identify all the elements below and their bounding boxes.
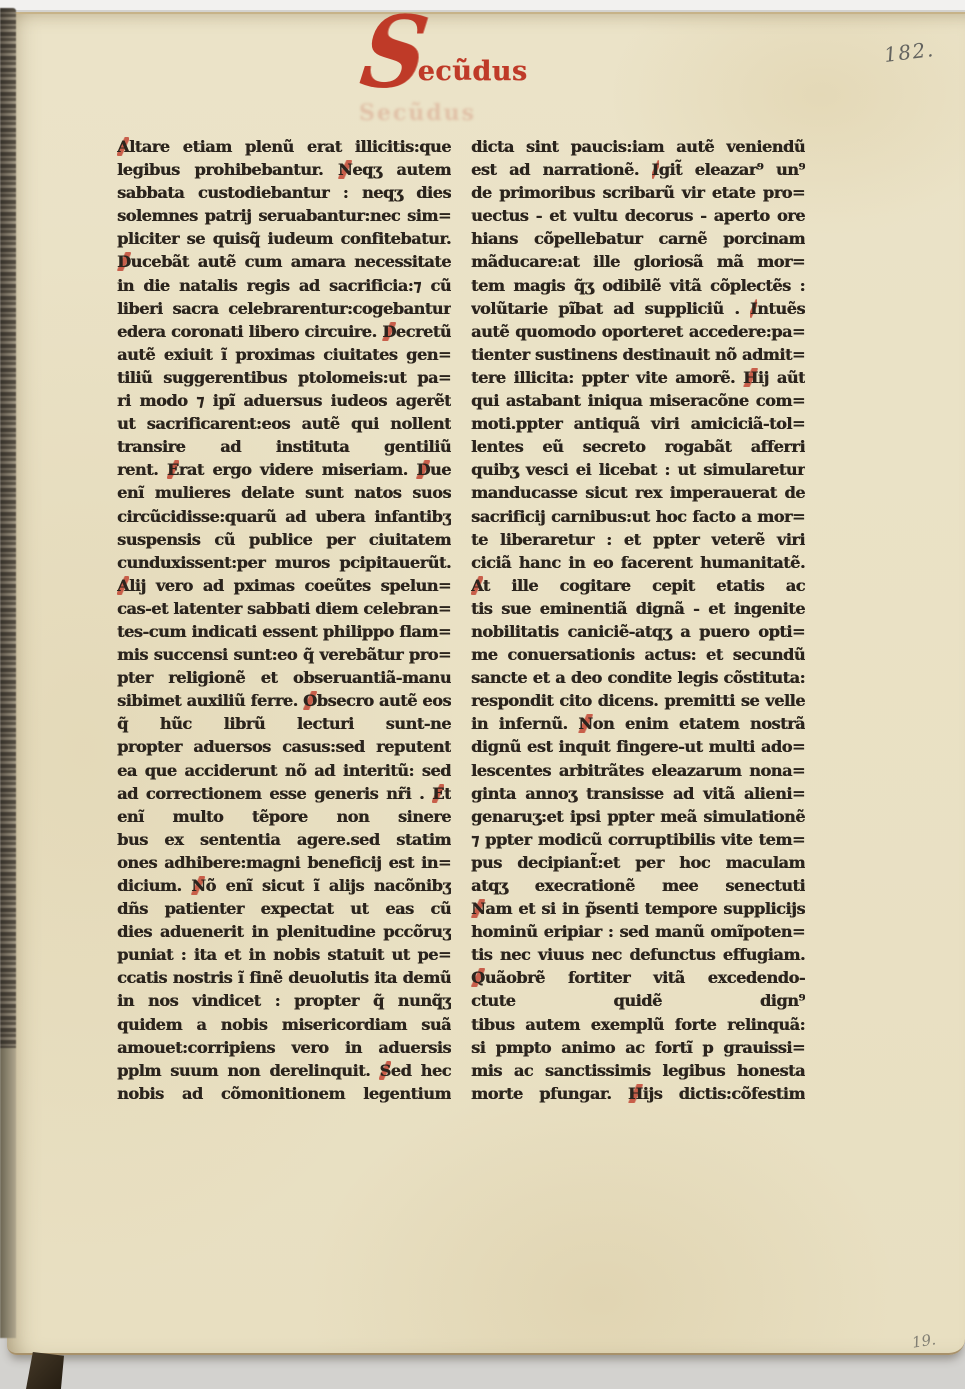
text-line: Ducebãt autẽ cum amara necessitate	[117, 250, 451, 273]
text-line: dies aduenerit in plenitudine pccõruʒ	[117, 920, 451, 943]
text-line: sacrificij carnibus:ut hoc facto a mor=	[471, 505, 805, 528]
text-line: atqʒ execrationẽ mee senectuti cõquirã.	[471, 874, 805, 897]
text-line: pus decipiant̃:et per hoc maculam	[471, 851, 805, 874]
text-line: puniat : ita et in nobis statuit ut pe=	[117, 943, 451, 966]
rubricated-initial: A	[471, 576, 483, 595]
text-line: dignũ est inquit fingere-ut multi ado=	[471, 735, 805, 758]
text-line: ⁊ ppter modicũ corruptibilis vite tem=	[471, 828, 805, 851]
text-line: sancte et a deo condite legis cõstituta:	[471, 666, 805, 689]
heading-text: ecũdus	[418, 56, 528, 87]
text-line: sabbata custodiebantur : neqʒ dies	[117, 181, 451, 204]
text-line: qui astabant iniqua miseracõne com=	[471, 389, 805, 412]
text-line: ri modo ⁊ ipĩ aduersus iudeos agerẽt	[117, 389, 451, 412]
text-line: hians cõpellebatur carnẽ porcinam	[471, 227, 805, 250]
text-line: in die natalis regis ad sacrificia:⁊ cũ	[117, 274, 451, 297]
rubricated-initial: D	[416, 460, 430, 479]
text-line: ut sacrificarent:eos autẽ qui nollent	[117, 412, 451, 435]
text-line: lentes eũ secreto rogabãt afferri carnes	[471, 435, 805, 458]
text-line: tes-cum indicati essent philippo flam=	[117, 620, 451, 643]
text-line: enĩ multo tẽpore non sinere peccatori=	[117, 805, 451, 828]
text-line: hominũ eripiar : sed manũ omĩpoten=	[471, 920, 805, 943]
text-line: mis succensi sunt:eo q̃ verebãtur pro=	[117, 643, 451, 666]
text-line: autẽ quomodo oporteret accedere:pa=	[471, 320, 805, 343]
rubricated-initial: N	[471, 899, 485, 918]
facing-page-edge	[0, 8, 16, 1338]
text-line: propter aduersos casus:sed reputent	[117, 735, 451, 758]
text-line: ad correctionem esse generis nr̃i . Et	[117, 782, 451, 805]
photograph-background: Secũdus Secũdus 182. Altare etiam plenũ …	[0, 0, 965, 1389]
rubricated-initial: S	[379, 1061, 390, 1080]
folio-number: 182.	[883, 37, 936, 67]
text-line: moti.ppter antiquã viri amiciciã-tol=	[471, 412, 805, 435]
rubricated-initial: E	[167, 460, 179, 479]
rubricated-initial: H	[628, 1084, 643, 1103]
rubricated-initial: O	[303, 691, 317, 710]
text-line: pplm suum non derelinquit. Sed hec	[117, 1059, 451, 1082]
text-line: ccatis nostris ĩ finẽ deuolutis ita demũ	[117, 966, 451, 989]
rubricated-initial: N	[338, 160, 352, 179]
text-line: Altare etiam plenũ erat illicitis:que	[117, 135, 451, 158]
text-line: nobilitatis caniciẽ-atqʒ a puero opti=	[471, 620, 805, 643]
text-line: sibimet auxiliũ ferre. Obsecro autẽ eos	[117, 689, 451, 712]
text-line: morte pfungar. Hijs dictis:cõfestim	[471, 1082, 805, 1105]
text-line: uectus - et vultu decorus - aperto ore	[471, 204, 805, 227]
text-line: tienter sustinens destinauit nõ admit=	[471, 343, 805, 366]
heading-showthrough: Secũdus	[359, 100, 476, 126]
text-line: dicium. Nõ enĩ sicut ĩ alijs nacõnibʒ	[117, 874, 451, 897]
rubricated-initial: I	[652, 160, 659, 179]
text-line: est ad narrationẽ. Igit̃ eleazar⁹ un⁹	[471, 158, 805, 181]
text-line: ctute quidẽ dign⁹ apparebo:adolescen=	[471, 989, 805, 1012]
text-line: amouet:corripiens vero in aduersis	[117, 1036, 451, 1059]
text-line: lescentes arbitrãtes eleazarum nona=	[471, 759, 805, 782]
text-line: ginta annoʒ transisse ad vitã alieni=	[471, 782, 805, 805]
text-line: q̃ hũc librũ lecturi sunt-ne abhorrescãt	[117, 712, 451, 735]
text-line: circũcidisse:quarũ ad ubera infantibʒ	[117, 505, 451, 528]
text-line: legibus prohibebantur. Neqʒ autem	[117, 158, 451, 181]
text-line: tere illicita: ppter vite amorẽ. Hij aũt	[471, 366, 805, 389]
text-line: dñs patienter expectat ut eas cũ iudicij	[117, 897, 451, 920]
text-line: quibʒ vesci ei licebat : ut simularetur	[471, 458, 805, 481]
rubricated-initial: A	[117, 137, 129, 156]
rubricated-initial: A	[117, 576, 129, 595]
rubricated-initial: N	[578, 714, 592, 733]
text-line: solemnes patrij seruabantur:nec sim=	[117, 204, 451, 227]
rubricated-initial: Q	[471, 968, 485, 987]
text-line: respondit cito dicens. premitti se velle	[471, 689, 805, 712]
text-line: me conuersationis actus: et secundũ	[471, 643, 805, 666]
text-line: dicta sint paucis:iam autẽ veniendũ	[471, 135, 805, 158]
text-line: ciciã hanc in eo facerent humanitatẽ.	[471, 551, 805, 574]
text-line: suspensis cũ publice per ciuitatem cir=	[117, 528, 451, 551]
text-line: genaruʒ:et ipsi ppter meã simulationẽ	[471, 805, 805, 828]
text-line: tis sue eminentiã dignã - et ingenite	[471, 597, 805, 620]
text-line: nobis ad cõmonitionem legentium	[117, 1082, 451, 1105]
text-line: autẽ exiuit ĩ proximas ciuitates gen=	[117, 343, 451, 366]
text-line: mis ac sanctissimis legibus honesta	[471, 1059, 805, 1082]
text-line: tis nec viuus nec defunctus effugiam.	[471, 943, 805, 966]
text-line: At ille cogitare cepit etatis ac senectu…	[471, 574, 805, 597]
text-line: manducasse sicut rex imperauerat de	[471, 481, 805, 504]
text-line: Quãobrẽ fortiter vitã excedendo- sene=	[471, 966, 805, 989]
rubricated-initial: D	[382, 322, 396, 341]
text-line: enĩ mulieres delate sunt natos suos	[117, 481, 451, 504]
text-line: cas-et latenter sabbati diem celebran=	[117, 597, 451, 620]
text-line: de primoribus scribarũ vir etate pro=	[471, 181, 805, 204]
text-line: tiliũ suggerentibus ptolomeis:ut pa=	[117, 366, 451, 389]
text-line: in nos vindicet : propter q̃ nunq̃ʒ	[117, 989, 451, 1012]
rubricated-initial: H	[743, 368, 758, 387]
text-line: tibus autem exemplũ forte relinquã:	[471, 1013, 805, 1036]
text-line: pter religionẽ et obseruantiã-manu	[117, 666, 451, 689]
text-line: rent. Erat ergo videre miseriam. Due	[117, 458, 451, 481]
text-line: pliciter se quisq̃ iudeum confitebatur.	[117, 227, 451, 250]
rubricated-initial: E	[432, 784, 444, 803]
text-line: Alij vero ad pximas coeũtes spelun=	[117, 574, 451, 597]
text-line: si pmpto animo ac fortĩ p grauissi=	[471, 1036, 805, 1059]
binding-corner	[26, 1352, 64, 1389]
rubricated-initial: I	[750, 299, 757, 318]
text-line: bus ex sententia agere.sed statim ulti=	[117, 828, 451, 851]
text-line: quidem a nobis misericordiam suã	[117, 1013, 451, 1036]
text-line: tem magis q̃ʒ odibilẽ vitã cõplectẽs :	[471, 274, 805, 297]
corner-number: 19.	[911, 1330, 937, 1352]
text-line: te liberaretur : et ppter veterẽ viri am…	[471, 528, 805, 551]
manuscript-page: Secũdus Secũdus 182. Altare etiam plenũ …	[7, 12, 965, 1355]
text-line: Nam et si in p̃senti tempore supplicijs	[471, 897, 805, 920]
text-line: liberi sacra celebrarentur:cogebantur	[117, 297, 451, 320]
rubricated-initial: D	[117, 252, 131, 271]
rubricated-initial: N	[191, 876, 205, 895]
text-line: cunduxissent:per muros pcipitauerũt.	[117, 551, 451, 574]
text-column-left: Altare etiam plenũ erat illicitis:queleg…	[117, 135, 451, 1105]
text-line: ones adhibere:magni beneficij est in=	[117, 851, 451, 874]
text-line: edera coronati libero circuire. Decretũ	[117, 320, 451, 343]
text-column-right: dicta sint paucis:iam autẽ veniendũest a…	[471, 135, 805, 1105]
text-line: ea que acciderunt nõ ad interitũ: sed	[117, 759, 451, 782]
text-line: mãducare:at ille gloriosã mã mor=	[471, 250, 805, 273]
text-line: volũtarie pĩbat ad suppliciũ . Intuẽs	[471, 297, 805, 320]
text-line: in infernũ. Non enim etatem nostrã	[471, 712, 805, 735]
text-line: transire ad instituta gentiliũ interfice…	[117, 435, 451, 458]
